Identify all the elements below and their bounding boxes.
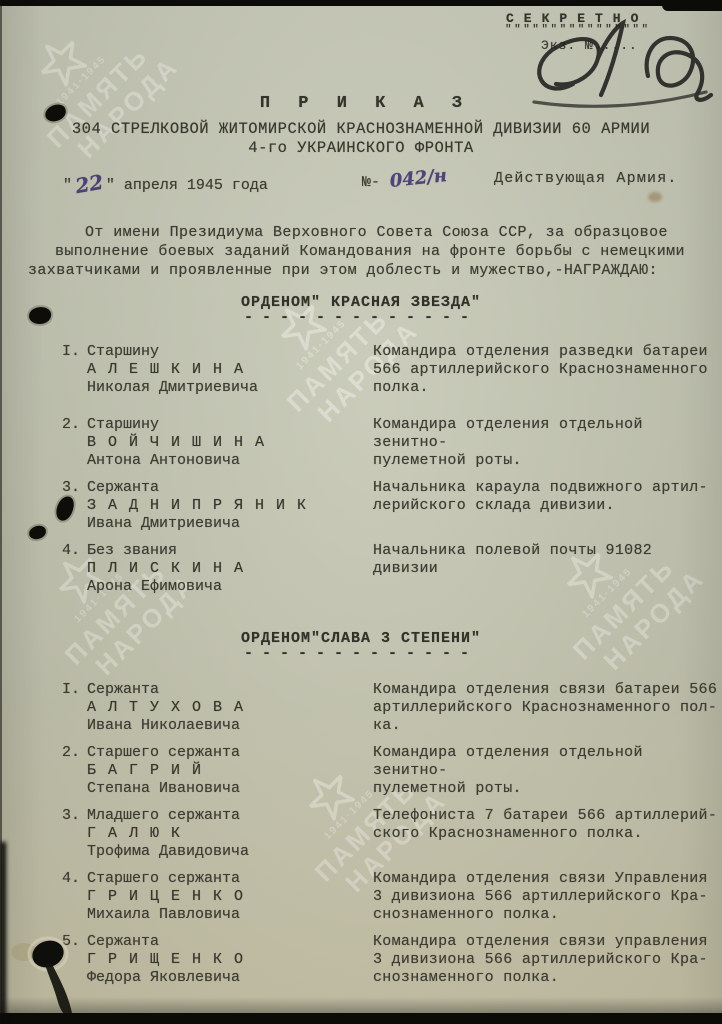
document-body: П Р И К А З 304 СТРЕЛКОВОЙ ЖИТОМИРСКОЙ К… <box>0 0 722 1024</box>
rank-label: Сержанта <box>87 681 245 699</box>
rank-label: Старшину <box>87 416 266 434</box>
awardee: Сержанта З А Д Н И П Р Я Н И К Ивана Дми… <box>87 479 308 533</box>
handwritten-day: 22 <box>73 170 105 198</box>
given-name-patronymic: Степана Ивановича <box>87 780 240 798</box>
rank-label: Старшину <box>87 343 258 361</box>
award-item-number: 3. <box>62 807 87 861</box>
surname: А Л Е Ш К И Н А <box>87 361 258 379</box>
paper-stain <box>648 192 662 202</box>
award-item: 2. Старшего сержанта Б А Г Р И Й Степана… <box>62 744 722 798</box>
rank-label: Сержанта <box>87 479 308 497</box>
date-value: "22" апреля 1945 года <box>63 170 268 194</box>
surname: П Л И С К И Н А <box>87 560 245 578</box>
awardee: Младшего сержанта Г А Л Ю К Трофима Дави… <box>87 807 249 861</box>
given-name-patronymic: Николая Дмитриевича <box>87 379 258 397</box>
award-list-red-star: I. Старшину А Л Е Ш К И Н А Николая Дмит… <box>0 343 722 596</box>
award-item-number: 4. <box>62 542 87 596</box>
surname: Г А Л Ю К <box>87 825 249 843</box>
award-item-number: 2. <box>62 416 87 470</box>
citation-text: Командира отделения связи Управления 3 д… <box>373 870 721 924</box>
section-heading-underline: ------------- <box>0 648 722 659</box>
surname: З А Д Н И П Р Я Н И К <box>87 497 308 515</box>
scan-edge-top <box>0 0 722 6</box>
awardee: Старшину А Л Е Ш К И Н А Николая Дмитрие… <box>87 343 258 397</box>
army-label: Действующая Армия. <box>494 170 678 187</box>
rank-label: Старшего сержанта <box>87 744 240 762</box>
citation-text: Начальника полевой почты 91082 дивизии <box>373 542 721 596</box>
award-item-number: I. <box>62 681 87 735</box>
citation-text: Командира отделения отдельной зенитно- п… <box>373 416 721 470</box>
awardee: Старшину В О Й Ч И Ш И Н А Антона Антоно… <box>87 416 266 470</box>
given-name-patronymic: Ивана Дмитриевича <box>87 515 308 533</box>
awardee: Без звания П Л И С К И Н А Арона Ефимови… <box>87 542 245 596</box>
scan-edge-shadow <box>0 997 722 1013</box>
award-item-number: 4. <box>62 870 87 924</box>
order-number: №-042/н <box>362 170 447 191</box>
rank-label: Старшего сержанта <box>87 870 245 888</box>
scanned-order-document: 1941·1945 ПАМЯТЬ НАРОДА 1941·1945 ПАМЯТЬ… <box>0 0 722 1024</box>
scan-edge-left-dark <box>0 842 6 1024</box>
scan-edge-corner <box>662 0 722 11</box>
award-item: 4. Без звания П Л И С К И Н А Арона Ефим… <box>62 542 722 596</box>
section-heading-underline: ------------- <box>0 312 722 323</box>
given-name-patronymic: Трофима Давидовича <box>87 843 249 861</box>
given-name-patronymic: Ивана Николаевича <box>87 717 245 735</box>
awardee: Старшего сержанта Г Р И Ц Е Н К О Михаил… <box>87 870 245 924</box>
awardee: Сержанта А Л Т У Х О В А Ивана Николаеви… <box>87 681 245 735</box>
given-name-patronymic: Антона Антоновича <box>87 452 266 470</box>
preamble: От имени Президиума Верховного Совета Со… <box>28 223 700 280</box>
award-item: 2. Старшину В О Й Ч И Ш И Н А Антона Ант… <box>62 416 722 470</box>
rank-label: Без звания <box>87 542 245 560</box>
scan-edge-bottom <box>0 1013 722 1024</box>
surname: В О Й Ч И Ш И Н А <box>87 434 266 452</box>
preamble-line: захватчиками и проявленные при этом добл… <box>28 261 700 280</box>
citation-text: Командира отделения разведки батареи 566… <box>373 343 721 397</box>
citation-text: Телефониста 7 батареи 566 артиллерий- ск… <box>373 807 721 861</box>
citation-text: Командира отделения связи управления 3 д… <box>373 933 721 987</box>
citation-text: Начальника караула подвижного артил- лер… <box>373 479 721 533</box>
citation-text: Командира отделения связи батареи 566 ар… <box>373 681 721 735</box>
award-item: 5. Сержанта Г Р И Щ Е Н К О Федора Яковл… <box>62 933 722 987</box>
given-name-patronymic: Арона Ефимовича <box>87 578 245 596</box>
preamble-line: От имени Президиума Верховного Совета Со… <box>28 223 700 242</box>
award-item-number: 2. <box>62 744 87 798</box>
award-item: 4. Старшего сержанта Г Р И Ц Е Н К О Мих… <box>62 870 722 924</box>
surname: Г Р И Ц Е Н К О <box>87 888 245 906</box>
surname: Б А Г Р И Й <box>87 762 240 780</box>
awardee: Старшего сержанта Б А Г Р И Й Степана Ив… <box>87 744 240 798</box>
division-line: 304 СТРЕЛКОВОЙ ЖИТОМИРСКОЙ КРАСНОЗНАМЕНН… <box>0 120 722 138</box>
award-item: 3. Младшего сержанта Г А Л Ю К Трофима Д… <box>62 807 722 861</box>
order-title: П Р И К А З <box>0 94 722 113</box>
handwritten-order-number: 042/н <box>389 165 448 192</box>
preamble-line: выполнение боевых заданий Командования н… <box>28 242 700 261</box>
award-item: I. Сержанта А Л Т У Х О В А Ивана Никола… <box>62 681 722 735</box>
front-line: 4-го УКРАИНСКОГО ФРОНТА <box>0 139 722 157</box>
date-line: "22" апреля 1945 года №-042/н Действующа… <box>0 170 722 196</box>
award-item-number: I. <box>62 343 87 397</box>
citation-text: Командира отделения отдельной зенитно- п… <box>373 744 721 798</box>
rank-label: Младшего сержанта <box>87 807 249 825</box>
award-item: I. Старшину А Л Е Ш К И Н А Николая Дмит… <box>62 343 722 397</box>
surname: А Л Т У Х О В А <box>87 699 245 717</box>
award-item: 3. Сержанта З А Д Н И П Р Я Н И К Ивана … <box>62 479 722 533</box>
